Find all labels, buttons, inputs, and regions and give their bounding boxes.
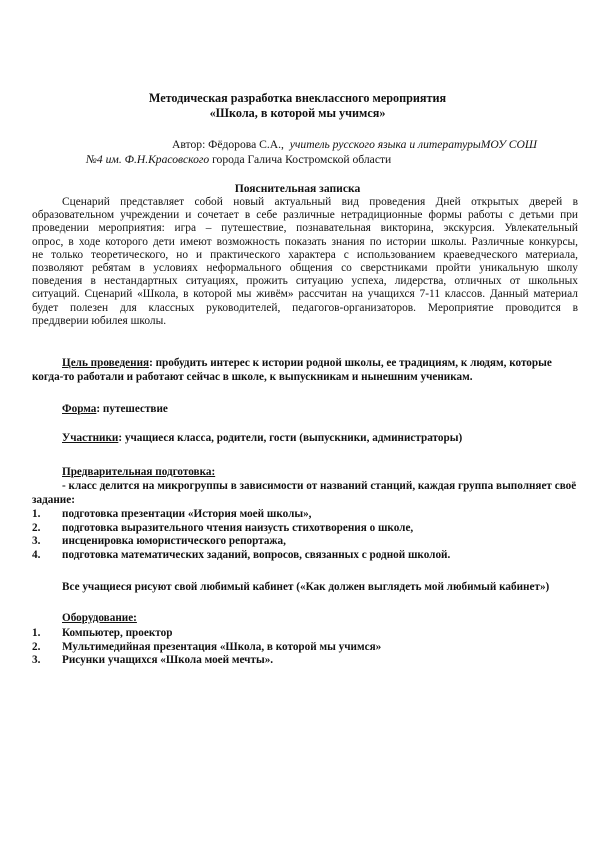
list-text: инсценировка юмористического репортажа, — [62, 535, 286, 549]
note-line: не только теоретического, но и практичес… — [32, 249, 578, 262]
preparation-intro-line2: задание: — [32, 494, 75, 508]
list-text: Мультимедийная презентация «Школа, в кот… — [62, 641, 381, 655]
preparation-intro-line1: - класс делится на микрогруппы в зависим… — [62, 480, 576, 494]
list-text: подготовка выразительного чтения наизуст… — [62, 522, 413, 536]
list-item: 3. инсценировка юмористического репортаж… — [32, 535, 450, 549]
form-label: Форма — [62, 403, 96, 415]
note-line: ситуаций. Сценарий «Школа, в которой мы … — [32, 288, 578, 301]
preparation-list: 1. подготовка презентации «История моей … — [32, 508, 450, 562]
list-item: 1. Компьютер, проектор — [32, 627, 381, 641]
note-line: опрос, в ходе которого дети имеют возмож… — [32, 236, 578, 249]
document-title-line2: «Школа, в которой мы учимся» — [0, 106, 595, 120]
list-number: 3. — [32, 535, 62, 549]
list-number: 2. — [32, 522, 62, 536]
participants-label: Участники — [62, 432, 118, 444]
list-text: Компьютер, проектор — [62, 627, 172, 641]
list-text: Рисунки учащихся «Школа моей мечты». — [62, 654, 273, 668]
form-value: : путешествие — [96, 403, 167, 415]
author-school: №4 им. Ф.Н.Красовского — [86, 153, 209, 166]
note-line: преддверии юбилея школы. — [32, 315, 578, 328]
form-line: Форма: путешествие — [62, 403, 168, 417]
note-line: позволяют ребятам в условиях неформально… — [32, 262, 578, 275]
list-number: 3. — [32, 654, 62, 668]
note-line: проведении мероприятия: игра – путешеств… — [32, 222, 578, 235]
note-line: образовательном учреждении и сочетает в … — [32, 209, 578, 222]
list-text: подготовка математических заданий, вопро… — [62, 549, 450, 563]
list-item: 2. подготовка выразительного чтения наиз… — [32, 522, 450, 536]
participants-line: Участники: учащиеся класса, родители, го… — [62, 432, 462, 446]
equipment-list: 1. Компьютер, проектор 2. Мультимедийная… — [32, 627, 381, 668]
author-line1: Автор: Фёдорова С.А., учитель русского я… — [172, 137, 537, 152]
list-item: 3. Рисунки учащихся «Школа моей мечты». — [32, 654, 381, 668]
list-number: 2. — [32, 641, 62, 655]
drawing-note: Все учащиеся рисуют свой любимый кабинет… — [62, 581, 549, 595]
list-number: 4. — [32, 549, 62, 563]
note-line: поведения в нестандартных ситуациях, про… — [32, 275, 578, 288]
goal-line1: Цель проведения: пробудить интерес к ист… — [62, 357, 552, 371]
explanatory-note-heading: Пояснительная записка — [0, 182, 595, 195]
goal-text: : пробудить интерес к истории родной шко… — [149, 357, 552, 369]
author-role: учитель русского языка и литературыМОУ С… — [290, 138, 537, 151]
list-item: 2. Мультимедийная презентация «Школа, в … — [32, 641, 381, 655]
explanatory-note-body: Сценарий представляет собой новый актуал… — [32, 196, 578, 328]
list-number: 1. — [32, 627, 62, 641]
document-page: Методическая разработка внеклассного мер… — [0, 0, 595, 842]
list-number: 1. — [32, 508, 62, 522]
equipment-heading: Оборудование: — [62, 612, 137, 626]
list-item: 4. подготовка математических заданий, во… — [32, 549, 450, 563]
goal-line2: когда-то работали и работают сейчас в шк… — [32, 371, 473, 385]
document-title-line1: Методическая разработка внеклассного мер… — [0, 91, 595, 105]
author-name: Автор: Фёдорова С.А., — [172, 138, 284, 151]
preparation-heading: Предварительная подготовка: — [62, 466, 215, 480]
note-line: Сценарий представляет собой новый актуал… — [32, 196, 578, 209]
author-line2: №4 им. Ф.Н.Красовского города Галича Кос… — [86, 152, 391, 167]
goal-label: Цель проведения — [62, 357, 149, 369]
note-line: будет полезен для классных руководителей… — [32, 302, 578, 315]
list-item: 1. подготовка презентации «История моей … — [32, 508, 450, 522]
participants-value: : учащиеся класса, родители, гости (выпу… — [118, 432, 462, 444]
author-location: города Галича Костромской области — [212, 153, 391, 166]
list-text: подготовка презентации «История моей шко… — [62, 508, 311, 522]
